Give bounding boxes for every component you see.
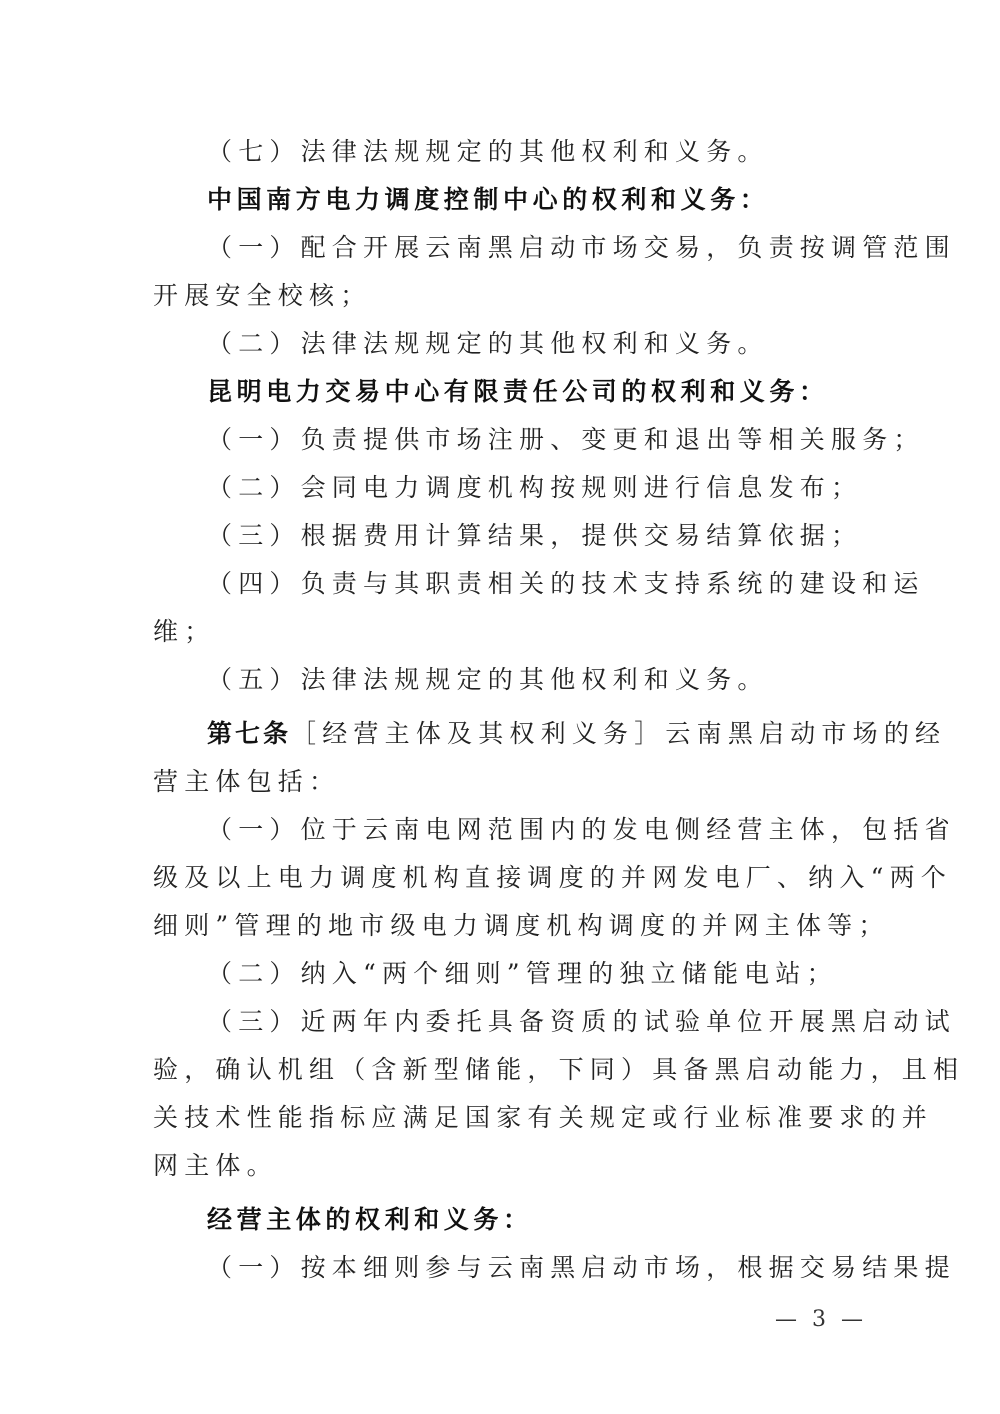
clause-continuation: 维； — [153, 608, 853, 656]
article-7: 第七条［经营主体及其权利义务］云南黑启动市场的经 — [207, 710, 907, 758]
clause-item-3: （三）近两年内委托具备资质的试验单位开展黑启动试 — [207, 998, 907, 1046]
clause-item-4: （四）负责与其职责相关的技术支持系统的建设和运 — [207, 560, 907, 608]
clause-continuation: 网主体。 — [153, 1142, 853, 1190]
clause-continuation: 关技术性能指标应满足国家有关规定或行业标准要求的并 — [153, 1094, 853, 1142]
clause-item-7: （七）法律法规规定的其他权利和义务。 — [207, 128, 907, 176]
clause-item-3: （三）根据费用计算结果，提供交易结算依据； — [207, 512, 907, 560]
clause-item-2: （二）纳入“两个细则”管理的独立储能电站； — [207, 950, 907, 998]
clause-continuation: 细则”管理的地市级电力调度机构调度的并网主体等； — [153, 902, 853, 950]
document-page: （七）法律法规规定的其他权利和义务。 中国南方电力调度控制中心的权利和义务： （… — [0, 0, 1000, 1414]
clause-item-5: （五）法律法规规定的其他权利和义务。 — [207, 656, 907, 704]
section-heading-kunming-exchange: 昆明电力交易中心有限责任公司的权利和义务： — [207, 368, 907, 416]
article-text: ［经营主体及其权利义务］云南黑启动市场的经 — [291, 719, 946, 748]
section-heading-market-entities: 经营主体的权利和义务： — [207, 1196, 907, 1244]
clause-continuation: 级及以上电力调度机构直接调度的并网发电厂、纳入“两个 — [153, 854, 853, 902]
clause-item-2: （二）会同电力调度机构按规则进行信息发布； — [207, 464, 907, 512]
clause-item-1: （一）负责提供市场注册、变更和退出等相关服务； — [207, 416, 907, 464]
clause-item-2: （二）法律法规规定的其他权利和义务。 — [207, 320, 907, 368]
clause-item-1: （一）配合开展云南黑启动市场交易，负责按调管范围 — [207, 224, 907, 272]
section-heading-csg-dispatch: 中国南方电力调度控制中心的权利和义务： — [207, 176, 907, 224]
article-continuation: 营主体包括： — [153, 758, 853, 806]
clause-item-1: （一）按本细则参与云南黑启动市场，根据交易结果提 — [207, 1244, 907, 1292]
article-label: 第七条 — [207, 719, 291, 748]
page-number: — 3 — — [775, 1305, 867, 1335]
clause-continuation: 验，确认机组（含新型储能，下同）具备黑启动能力，且相 — [153, 1046, 853, 1094]
clause-item-1: （一）位于云南电网范围内的发电侧经营主体，包括省 — [207, 806, 907, 854]
clause-continuation: 开展安全校核； — [153, 272, 853, 320]
